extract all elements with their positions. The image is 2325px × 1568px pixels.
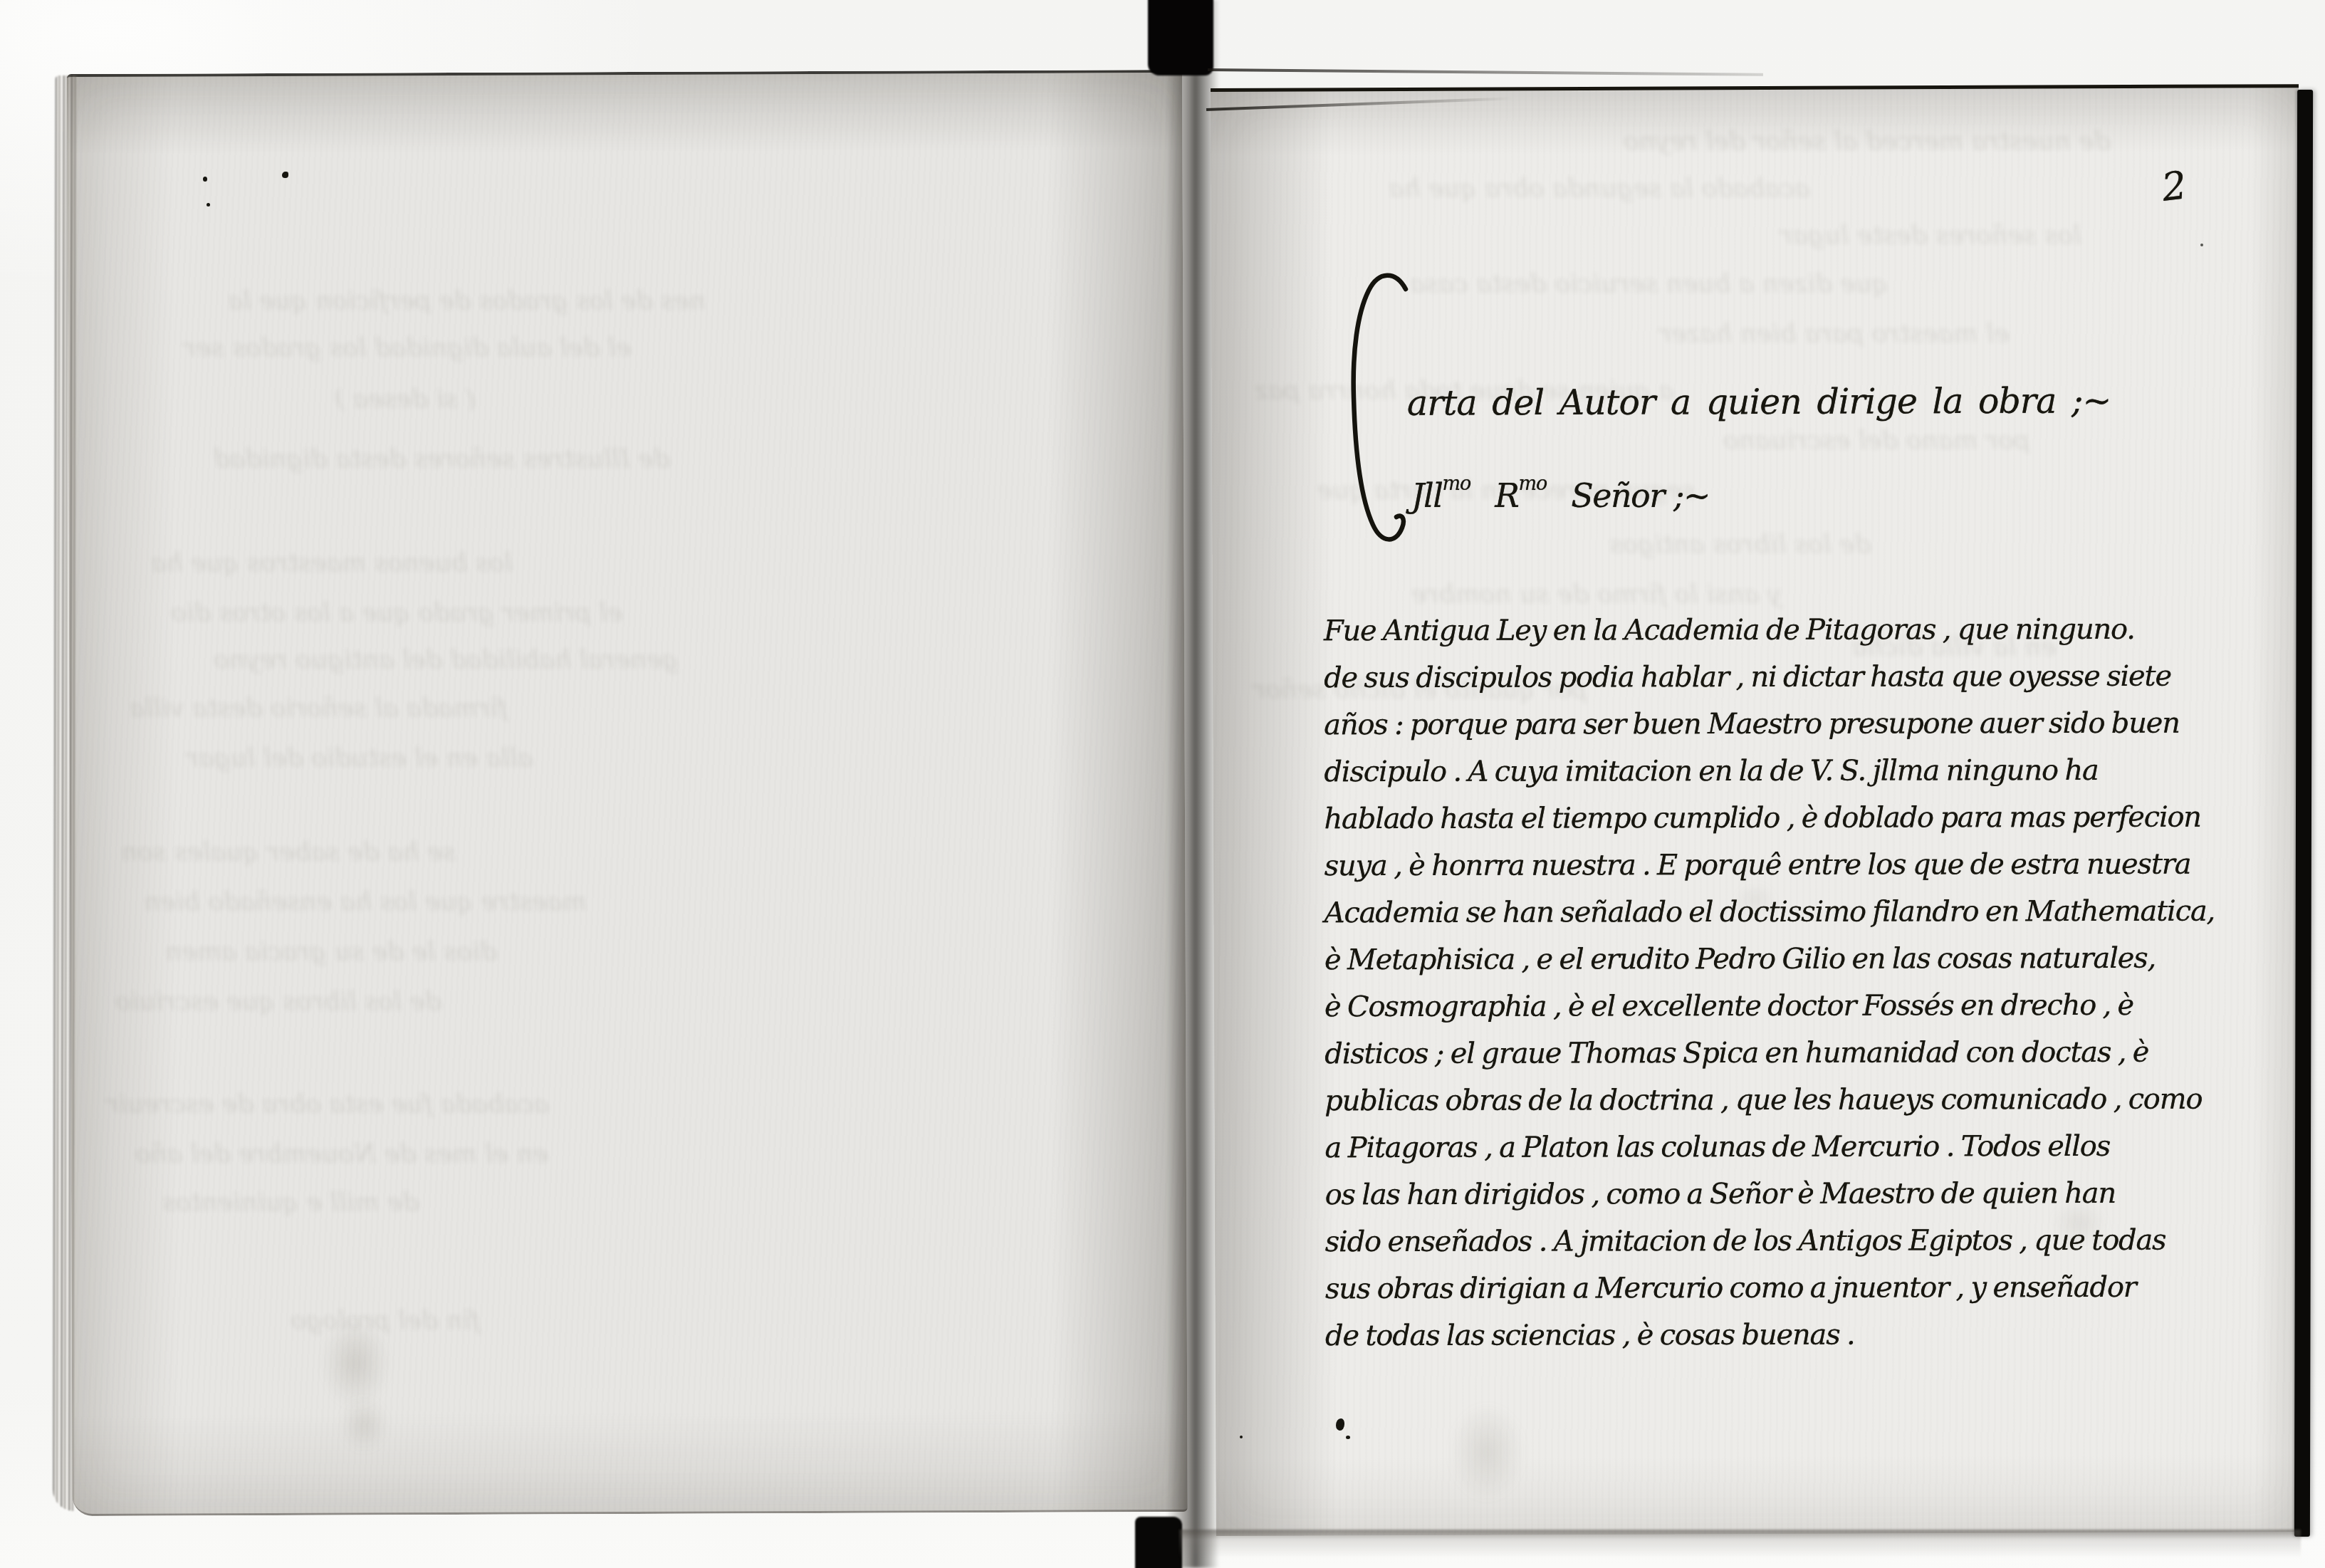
ink-speck	[207, 203, 210, 207]
bleedthrough-line: de nuestra merced al señor del reyno	[1624, 127, 2111, 156]
chapter-title: arta del Autor a quien dirige la obra ;~	[1407, 380, 2111, 423]
paper-stain	[340, 1397, 387, 1451]
salutation-superscript: mo	[1442, 473, 1470, 495]
spine-bottom	[1135, 1517, 1182, 1568]
page-edge-stack	[53, 75, 77, 1511]
bleedthrough-line: general habilidad del antiguo reyno	[214, 645, 679, 674]
ink-speck	[2200, 244, 2203, 246]
under-page-edge	[1208, 68, 1763, 76]
paper-stain	[322, 1319, 390, 1408]
bleedthrough-line: ( si desea )	[335, 385, 476, 414]
bleedthrough-line: los buenos maestros que ha	[151, 548, 513, 577]
salutation-word: Jll	[1411, 476, 1442, 515]
manuscript-line: de sus discipulos podia hablar , ni dict…	[1324, 653, 2164, 701]
bleedthrough-line: el maestro para bien hazer	[1659, 319, 2010, 348]
ink-speck	[203, 177, 207, 182]
bleedthrough-line: el primer grado que a los otros dio	[171, 598, 622, 627]
ink-speck	[1240, 1436, 1243, 1438]
manuscript-line: suya , è honrra nuestra . E porquê entre…	[1325, 841, 2165, 889]
paper-stain	[2052, 1201, 2106, 1246]
bleedthrough-line: que dizen a buen seruicio desta casa	[1410, 269, 1888, 298]
manuscript-line: sus obras dirigian a Mercurio como a jnu…	[1325, 1264, 2165, 1312]
bleedthrough-line: el del aula dignidad los grados ser	[184, 333, 631, 362]
ink-speck	[1346, 1436, 1350, 1439]
letter-body: Fue Antigua Ley en la Academia de Pitago…	[1324, 606, 2165, 1359]
manuscript-line: Fue Antigua Ley en la Academia de Pitago…	[1324, 606, 2164, 654]
salutation-word: R	[1495, 476, 1518, 515]
bleedthrough-line: de los libros que escriuio	[115, 987, 442, 1016]
paper-stain	[1450, 1404, 1525, 1500]
manuscript-line: discipulo . A cuya imitacion en la de V.…	[1324, 747, 2164, 795]
manuscript-line: è Cosmographia , è el excellente doctor …	[1325, 982, 2165, 1030]
bleedthrough-line: de los libros antigos	[1609, 530, 1871, 559]
spine-top	[1148, 0, 1213, 75]
manuscript-line: hablado hasta el tiempo cumplido , è dob…	[1324, 794, 2164, 842]
manuscript-line: de todas las sciencias , è cosas buenas …	[1325, 1311, 2165, 1359]
bleedthrough-line: dios le de su gracia amen	[165, 937, 497, 966]
book-scan: nes de los grados de perficion que lael …	[0, 0, 2325, 1568]
bleedthrough-line: firmada al señorio desta villa	[130, 694, 507, 723]
bleedthrough-line: acabado la segunda obra que ha	[1389, 174, 1810, 203]
bleedthrough-line: en el mes de Nouembre del año	[135, 1139, 548, 1169]
bleedthrough-line: se ha de saber quales son	[121, 837, 456, 867]
salutation: JllmoRmoSeñor ;~	[1411, 473, 1710, 515]
bleedthrough-line: alla en el estudio del lugar	[187, 743, 533, 773]
bleedthrough-line: de mill e quinientos	[162, 1188, 419, 1217]
manuscript-line: è Metaphisica , e el erudito Pedro Gilio…	[1325, 935, 2165, 983]
bleedthrough-line: los señores deste lugar	[1780, 221, 2081, 250]
salutation-word: Señor ;~	[1571, 476, 1710, 515]
salutation-superscript: mo	[1518, 473, 1547, 495]
ink-speck	[282, 172, 288, 178]
manuscript-line: disticos ; el graue Thomas Spica en huma…	[1325, 1029, 2165, 1077]
drop-cap-C-icon	[1346, 268, 1414, 550]
page-bottom-shadow	[1179, 1530, 2301, 1558]
manuscript-line: a Pitagoras , a Platon las colunas de Me…	[1325, 1123, 2165, 1171]
manuscript-line: publicas obras de la doctrina , que les …	[1325, 1076, 2165, 1124]
paper-stain	[1736, 884, 1775, 916]
manuscript-line: sido enseñados . A jmitacion de los Anti…	[1325, 1217, 2165, 1265]
bleedthrough-line: de Illustres señores desta dignidad	[214, 444, 670, 474]
bleedthrough-line: fin del prologo	[291, 1306, 480, 1335]
book-cover-edge	[2294, 90, 2313, 1537]
bleedthrough-line: por mano del escriuano	[1723, 426, 2030, 455]
bleedthrough-line: nes de los grados de perficion que la	[228, 286, 706, 315]
bleedthrough-line: maestre que los ha enseñado bien	[144, 887, 587, 916]
bleedthrough-line: acabada fue esta obra de escreuir	[107, 1089, 549, 1119]
bleedthrough-line: y ansi lo firmo de su nombre	[1411, 580, 1782, 609]
manuscript-line: os las han dirigidos , como a Señor è Ma…	[1325, 1170, 2165, 1218]
manuscript-line: años : porque para ser buen Maestro pres…	[1324, 700, 2164, 748]
